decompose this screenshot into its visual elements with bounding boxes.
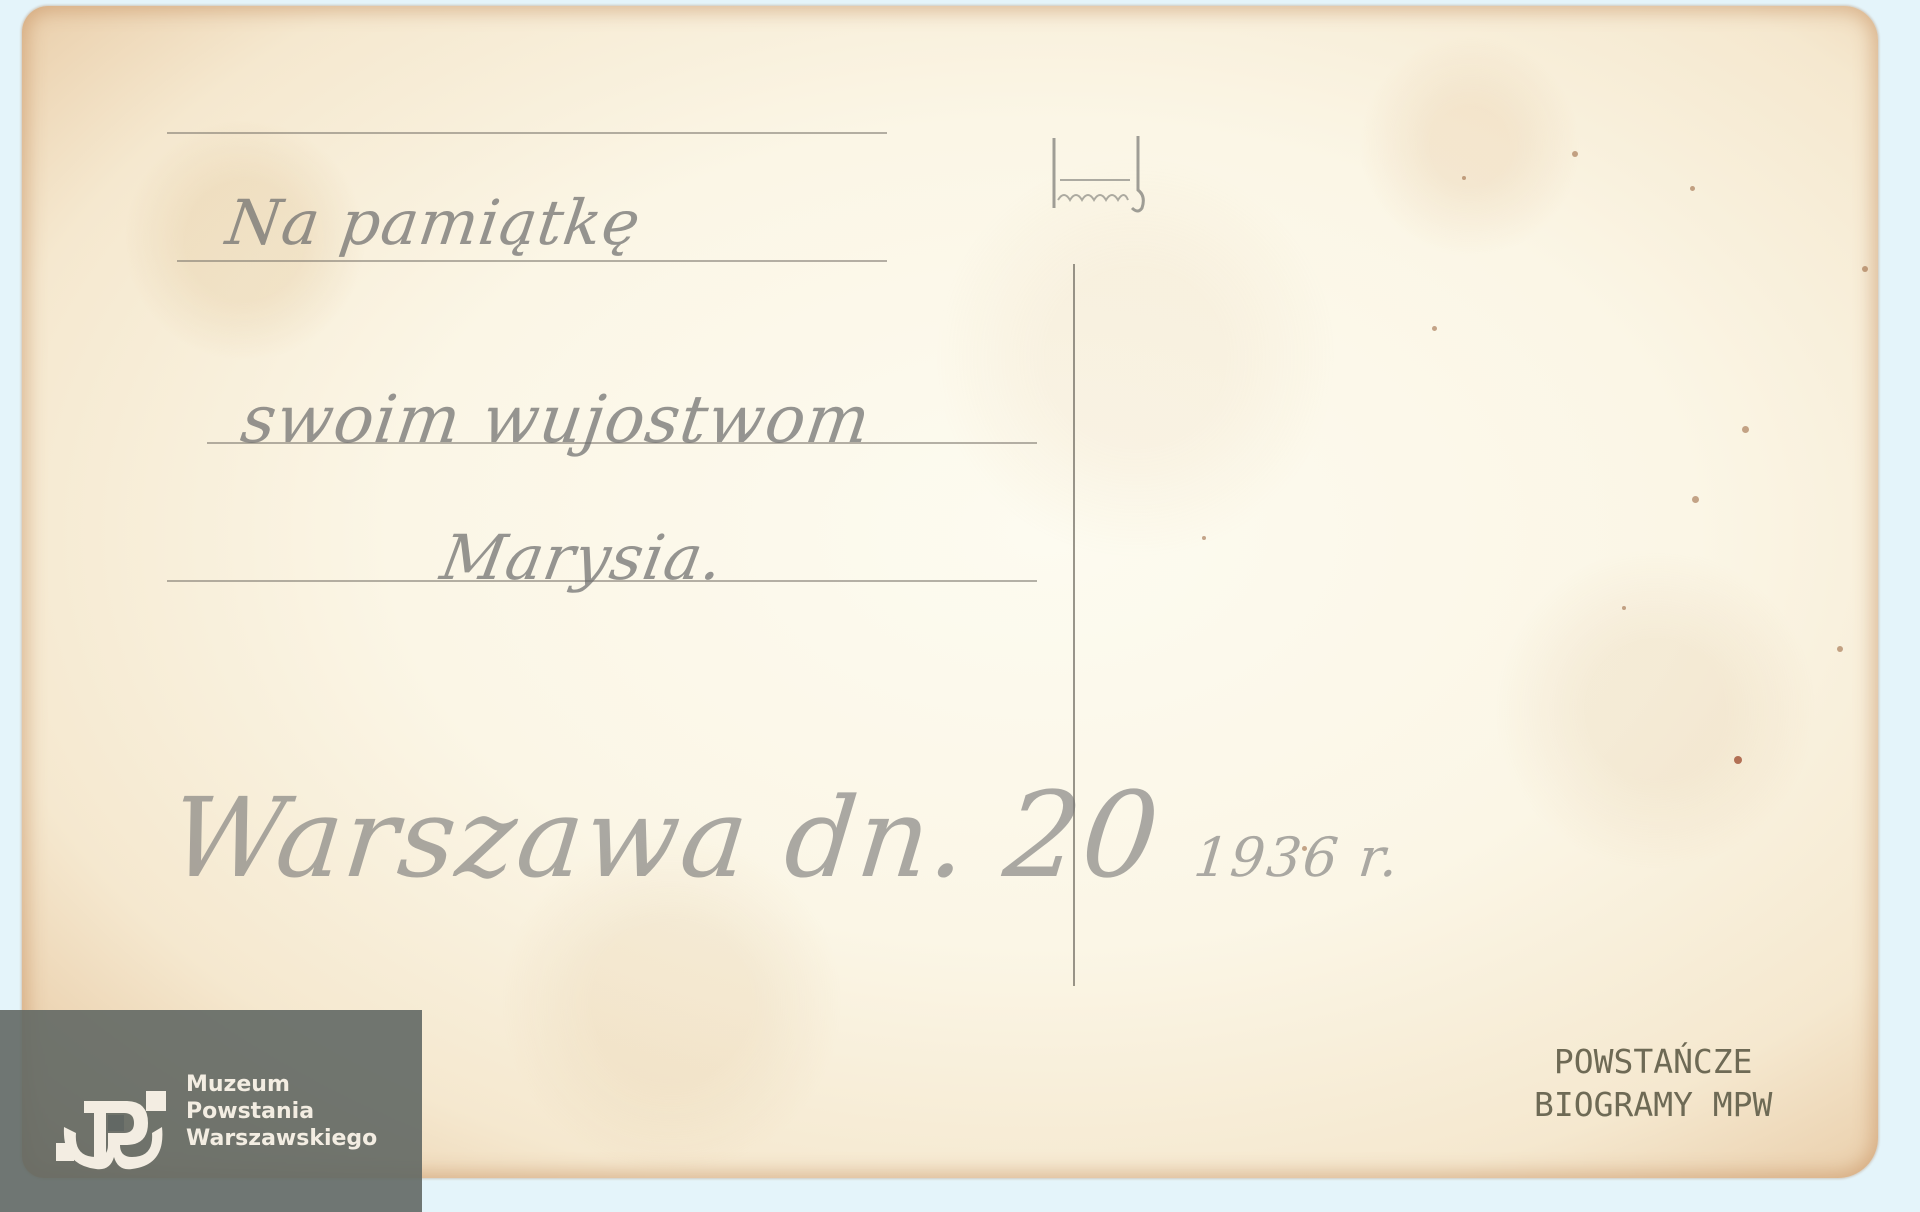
museum-name-line-1: Muzeum	[186, 1071, 377, 1098]
stain-speck	[1462, 176, 1466, 180]
place-text: Warszawa dn.	[165, 774, 975, 902]
museum-watermark: Muzeum Powstania Warszawskiego	[0, 1010, 422, 1212]
archive-label: POWSTAŃCZE BIOGRAMY MPW	[1534, 1040, 1772, 1126]
museum-name-line-3: Warszawskiego	[186, 1125, 377, 1152]
handwriting-line-2: swoim wujostwom	[237, 381, 876, 458]
stain-speck	[1202, 536, 1206, 540]
archive-label-line-2: BIOGRAMY MPW	[1534, 1085, 1772, 1124]
year-text: 1936 r.	[1191, 826, 1403, 889]
stain-speck	[1862, 266, 1868, 272]
stain-speck	[1572, 151, 1578, 157]
museum-name: Muzeum Powstania Warszawskiego	[186, 1071, 377, 1152]
stain-speck	[1622, 606, 1626, 610]
archive-label-line-1: POWSTAŃCZE	[1534, 1040, 1772, 1083]
stain-speck	[1692, 496, 1699, 503]
scan-canvas: Na pamiątkę swoim wujostwom Marysia. War…	[0, 0, 1920, 1212]
stain-speck	[1690, 186, 1695, 191]
museum-name-line-2: Powstania	[186, 1098, 377, 1125]
postcard: Na pamiątkę swoim wujostwom Marysia. War…	[22, 6, 1878, 1178]
stain-speck	[1432, 326, 1437, 331]
address-rule	[177, 260, 887, 262]
kotwica-anchor-icon	[56, 1051, 166, 1171]
stain-speck	[1734, 756, 1742, 764]
address-rule	[167, 132, 887, 134]
handwriting-line-1: Na pamiątkę	[222, 186, 646, 259]
stamp-placeholder-icon	[1050, 134, 1160, 216]
stain-speck	[1742, 426, 1749, 433]
handwriting-place-date: Warszawa dn. 20 1936 r.	[165, 766, 1410, 904]
stain-speck	[1837, 646, 1843, 652]
handwriting-signature: Marysia.	[436, 521, 730, 594]
day-number: 20	[998, 766, 1167, 904]
